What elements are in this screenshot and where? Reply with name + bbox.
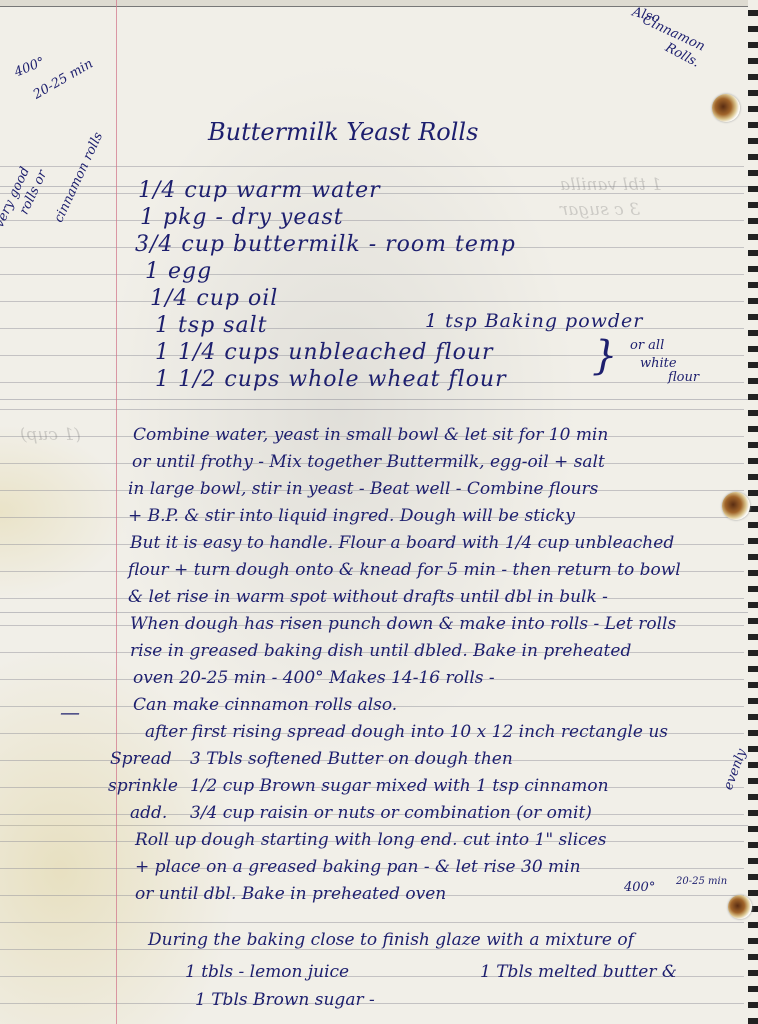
cinnamon-verb: Spread <box>110 749 172 769</box>
cinnamon-line: or until dbl. Bake in preheated oven <box>135 884 446 904</box>
ingredient-line: 1 1/4 cups unbleached flour <box>155 340 494 365</box>
instruction-line: & let rise in warm spot without drafts u… <box>128 587 608 607</box>
ingredient-line: 1 tsp salt <box>155 313 267 338</box>
cinnamon-line: Roll up dough starting with long end. cu… <box>135 830 606 850</box>
cinnamon-row: 3 Tbls softened Butter on dough then <box>190 749 513 769</box>
ingredient-line: 1/4 cup oil <box>150 286 278 311</box>
cinnamon-intro: Can make cinnamon rolls also. <box>133 695 397 715</box>
cinnamon-bake-temp: 400° <box>624 880 655 895</box>
flour-note-white: white <box>640 356 677 371</box>
brace: } <box>592 336 617 376</box>
cinnamon-step: after first rising spread dough into 10 … <box>145 722 668 742</box>
ingredient-line: 1 1/2 cups whole wheat flour <box>155 367 507 392</box>
glaze-ingredient: 1 Tbls melted butter & <box>480 962 677 982</box>
recipe-title: Buttermilk Yeast Rolls <box>208 118 478 146</box>
cinnamon-line: + place on a greased baking pan - & let … <box>135 857 581 877</box>
ingredient-line: 3/4 cup buttermilk - room temp <box>135 232 516 257</box>
cinnamon-verb: sprinkle <box>108 776 178 796</box>
instruction-line: rise in greased baking dish until dbled.… <box>130 641 631 661</box>
instruction-line: + B.P. & stir into liquid ingred. Dough … <box>128 506 575 526</box>
ingredient-line: 1/4 cup warm water <box>138 178 381 203</box>
cinnamon-row: 3/4 cup raisin or nuts or combination (o… <box>190 803 592 823</box>
cinnamon-verb: add. <box>130 803 167 823</box>
punch-hole-1 <box>712 94 740 122</box>
flour-note-flour: flour <box>668 370 699 385</box>
glaze-ingredient: 1 Tbls Brown sugar - <box>195 990 375 1010</box>
glaze-ingredient: 1 tbls - lemon juice <box>185 962 349 982</box>
punch-hole-2 <box>722 492 750 520</box>
instruction-line: When dough has risen punch down & make i… <box>130 614 676 634</box>
ingredient-line: 1 pkg - dry yeast <box>140 205 344 230</box>
dash-mark: — <box>60 700 80 724</box>
ingredient-line: 1 egg <box>145 259 212 284</box>
spiral-binding <box>748 0 758 1024</box>
margin-rule <box>116 0 117 1024</box>
bleed-through-text: (1 cup) <box>20 425 81 445</box>
glaze-intro: During the baking close to finish glaze … <box>148 930 634 950</box>
instruction-line: in large bowl, stir in yeast - Beat well… <box>128 479 598 499</box>
ingredient-baking-powder: 1 tsp Baking powder <box>425 310 643 332</box>
page-top-edge <box>0 0 758 7</box>
instruction-line: Combine water, yeast in small bowl & let… <box>133 425 608 445</box>
cinnamon-bake-time: 20-25 min <box>676 876 727 887</box>
cinnamon-row: 1/2 cup Brown sugar mixed with 1 tsp cin… <box>190 776 609 796</box>
instruction-line: oven 20-25 min - 400° Makes 14-16 rolls … <box>133 668 495 688</box>
margin-note-temp: 400° <box>12 55 47 81</box>
instruction-line: or until frothy - Mix together Buttermil… <box>132 452 605 472</box>
instruction-line: But it is easy to handle. Flour a board … <box>130 533 674 553</box>
bleed-through-text: 1 tbl vanilla <box>560 175 662 195</box>
recipe-page: 1 tbl vanilla 3 c sugar (1 cup) 400° 20-… <box>0 0 758 1024</box>
instruction-line: flour + turn dough onto & knead for 5 mi… <box>128 560 681 580</box>
punch-hole-3 <box>728 895 752 919</box>
flour-note-or-all: or all <box>630 338 664 353</box>
bleed-through-text: 3 c sugar <box>560 200 640 220</box>
